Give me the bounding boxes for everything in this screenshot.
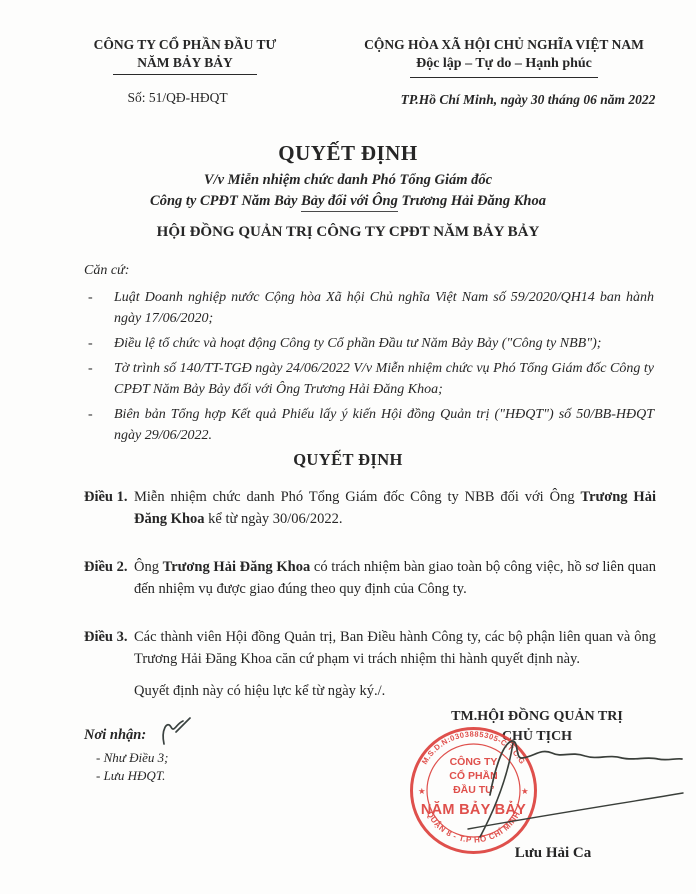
subject-run-plain: Công ty CPĐT Năm Bảy [150, 193, 301, 209]
basis-item: - Điều lệ tổ chức và hoạt động Công ty C… [88, 333, 654, 354]
effective-date-clause: Quyết định này có hiệu lực kể từ ngày ký… [134, 680, 656, 702]
basis-item-text: Điều lệ tổ chức và hoạt động Công ty Cổ … [114, 333, 654, 354]
bullet-dash: - [88, 333, 114, 354]
article-3: Điều 3. Các thành viên Hội đồng Quản trị… [84, 626, 656, 702]
document-title: QUYẾT ĐỊNH [0, 141, 696, 166]
article-label: Điều 1. [84, 486, 134, 531]
basis-item-text: Tờ trình số 140/TT-TGĐ ngày 24/06/2022 V… [114, 358, 654, 400]
basis-item: - Luật Doanh nghiệp nước Cộng hòa Xã hội… [88, 287, 654, 329]
company-header-block: CÔNG TY CỔ PHẦN ĐẦU TƯ NĂM BẢY BẢY [60, 36, 310, 75]
basis-item-text: Biên bản Tổng hợp Kết quả Phiếu lấy ý ki… [114, 404, 654, 446]
article-2: Điều 2. Ông Trương Hải Đăng Khoa có trác… [84, 556, 656, 601]
scanned-decision-document: CÔNG TY CỔ PHẦN ĐẦU TƯ NĂM BẢY BẢY CỘNG … [0, 0, 696, 894]
article-text: Miễn nhiệm chức danh Phó Tổng Giám đốc C… [134, 486, 656, 531]
article-label: Điều 2. [84, 556, 134, 601]
signer-name: Lưu Hải Ca [468, 845, 638, 862]
bullet-dash: - [88, 358, 114, 400]
article-run: Miễn nhiệm chức danh Phó Tổng Giám đốc C… [134, 489, 580, 505]
national-motto-block: CỘNG HÒA XÃ HỘI CHỦ NGHĨA VIỆT NAM Độc l… [336, 36, 672, 78]
basis-item: - Biên bản Tổng hợp Kết quả Phiếu lấy ý … [88, 404, 654, 446]
article-run: Các thành viên Hội đồng Quản trị, Ban Đi… [134, 629, 656, 667]
article-run: Ông [134, 559, 163, 575]
recipients-label: Nơi nhận: [84, 727, 146, 744]
basis-item: - Tờ trình số 140/TT-TGĐ ngày 24/06/2022… [88, 358, 654, 400]
article-run: kể từ ngày 30/06/2022. [205, 511, 343, 527]
company-name-line2: NĂM BẢY BẢY [113, 54, 257, 75]
basis-list: - Luật Doanh nghiệp nước Cộng hòa Xã hội… [88, 287, 654, 450]
article-1: Điều 1. Miễn nhiệm chức danh Phó Tổng Gi… [84, 486, 656, 531]
document-number: Số: 51/QĐ-HĐQT [60, 90, 295, 106]
basis-item-text: Luật Doanh nghiệp nước Cộng hòa Xã hội C… [114, 287, 654, 329]
article-text: Các thành viên Hội đồng Quản trị, Ban Đi… [134, 626, 656, 702]
person-name: Trương Hải Đăng Khoa [163, 559, 311, 575]
bullet-dash: - [88, 287, 114, 329]
place-and-date: TP.Hồ Chí Minh, ngày 30 tháng 06 năm 202… [390, 92, 666, 108]
national-motto: Độc lập – Tự do – Hạnh phúc [410, 55, 598, 78]
company-name-line1: CÔNG TY CỔ PHẦN ĐẦU TƯ [60, 36, 310, 54]
recipient-item: - Lưu HĐQT. [96, 767, 168, 785]
decision-heading: QUYẾT ĐỊNH [0, 450, 696, 470]
handwritten-check-mark [152, 712, 204, 752]
subject-run-plain: Trương Hải Đăng Khoa [398, 193, 546, 209]
issuing-body-line: HỘI ĐỒNG QUẢN TRỊ CÔNG TY CPĐT NĂM BẢY B… [0, 224, 696, 241]
basis-label: Căn cứ: [84, 263, 129, 279]
national-title: CỘNG HÒA XÃ HỘI CHỦ NGHĨA VIỆT NAM [336, 36, 672, 54]
article-text: Ông Trương Hải Đăng Khoa có trách nhiệm … [134, 556, 656, 601]
document-subject-line1: V/v Miễn nhiệm chức danh Phó Tổng Giám đ… [0, 172, 696, 189]
signature-handwriting [420, 715, 696, 850]
article-label: Điều 3. [84, 626, 134, 702]
subject-run-underlined: Bảy đối với Ông [301, 193, 398, 212]
document-subject-line2: Công ty CPĐT Năm Bảy Bảy đối với Ông Trư… [0, 193, 696, 210]
recipients-list: - Như Điều 3; - Lưu HĐQT. [96, 749, 168, 785]
bullet-dash: - [88, 404, 114, 446]
